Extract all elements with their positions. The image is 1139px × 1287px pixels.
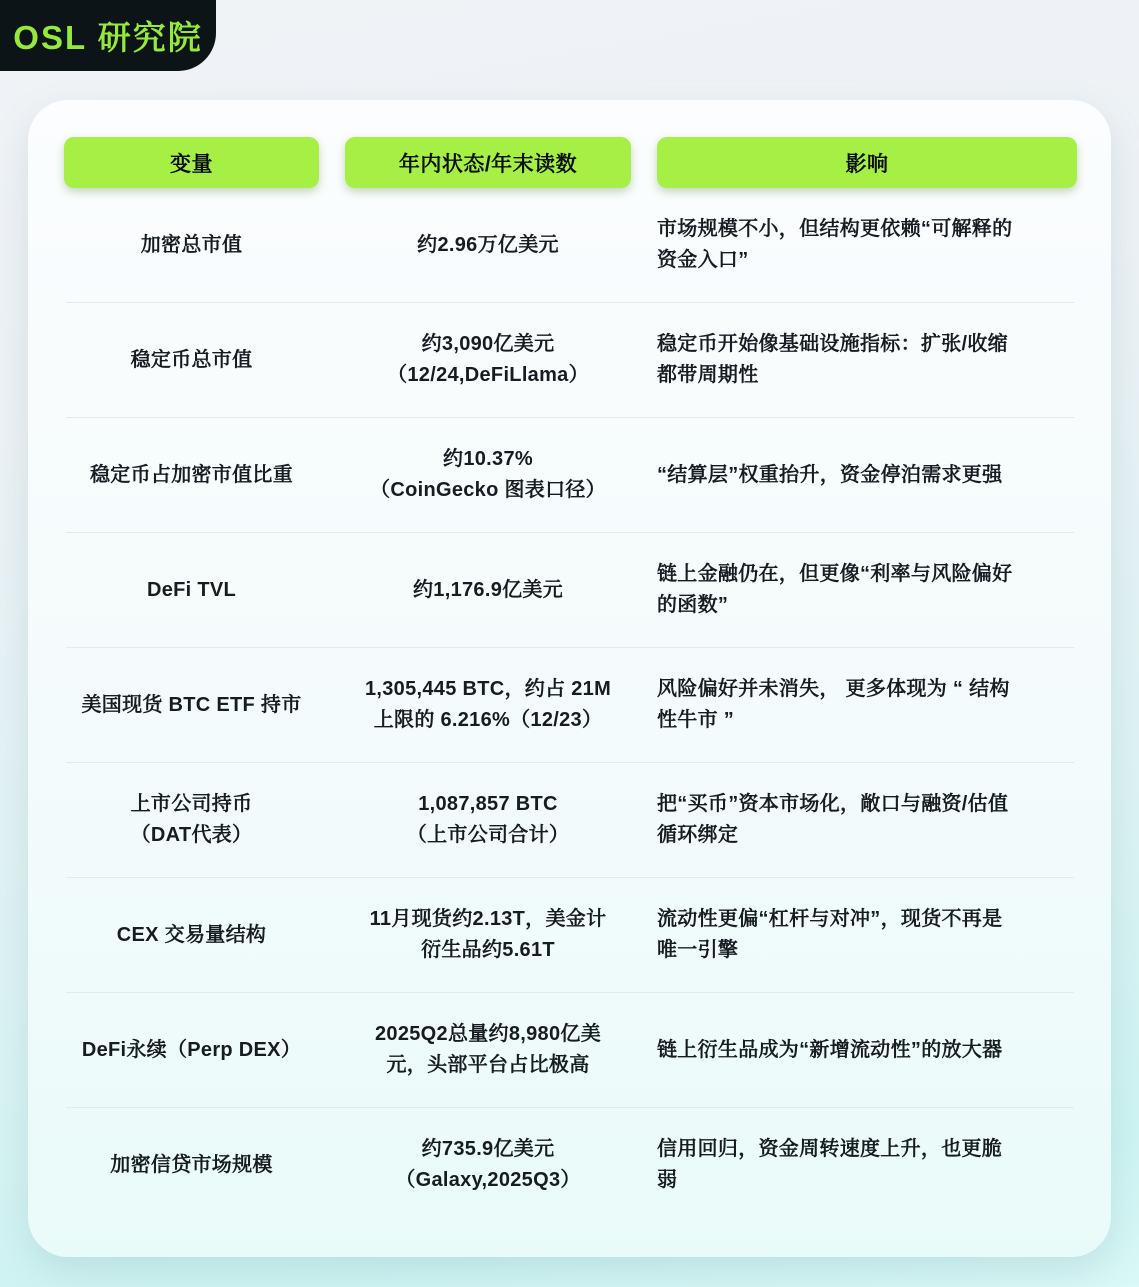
header-pill-variable: 变量	[64, 137, 319, 188]
status-cell: 约10.37% （CoinGecko 图表口径）	[345, 444, 631, 506]
table-row: 上市公司持币 （DAT代表） 1,087,857 BTC （上市公司合计） 把“…	[64, 763, 1076, 877]
impact-cell: 把“买币”资本市场化，敞口与融资/估值 循环绑定	[657, 789, 1077, 851]
variable-cell: DeFi永续（Perp DEX）	[64, 1035, 319, 1066]
variable-cell: 加密信贷市场规模	[64, 1150, 319, 1181]
variable-cell: 加密总市值	[64, 230, 319, 261]
status-cell: 2025Q2总量约8,980亿美 元，头部平台占比极高	[345, 1019, 631, 1081]
table-row: DeFi TVL 约1,176.9亿美元 链上金融仍在，但更像“利率与风险偏好 …	[64, 533, 1076, 647]
status-cell: 约2.96万亿美元	[345, 230, 631, 261]
variable-cell: CEX 交易量结构	[64, 920, 319, 951]
table-row: 稳定币占加密市值比重 约10.37% （CoinGecko 图表口径） “结算层…	[64, 418, 1076, 532]
impact-cell: “结算层”权重抬升，资金停泊需求更强	[657, 460, 1077, 491]
impact-cell: 流动性更偏“杠杆与对冲”，现货不再是 唯一引擎	[657, 904, 1077, 966]
logo-badge: OSL 研究院	[0, 0, 216, 71]
header-pill-status: 年内状态/年末读数	[345, 137, 631, 188]
status-cell: 约735.9亿美元 （Galaxy,2025Q3）	[345, 1134, 631, 1196]
variable-cell: 美国现货 BTC ETF 持市	[64, 690, 319, 721]
table-row: 稳定币总市值 约3,090亿美元 （12/24,DeFiLlama） 稳定币开始…	[64, 303, 1076, 417]
table-row: 加密信贷市场规模 约735.9亿美元 （Galaxy,2025Q3） 信用回归，…	[64, 1108, 1076, 1222]
status-cell: 1,305,445 BTC，约占 21M 上限的 6.216%（12/23）	[345, 674, 631, 736]
impact-cell: 链上衍生品成为“新增流动性”的放大器	[657, 1035, 1077, 1066]
table-row: 加密总市值 约2.96万亿美元 市场规模不小，但结构更依赖“可解释的 资金入口”	[64, 188, 1076, 302]
table-row: DeFi永续（Perp DEX） 2025Q2总量约8,980亿美 元，头部平台…	[64, 993, 1076, 1107]
header-pill-impact: 影响	[657, 137, 1077, 188]
impact-cell: 链上金融仍在，但更像“利率与风险偏好 的函数”	[657, 559, 1077, 621]
status-cell: 约1,176.9亿美元	[345, 575, 631, 606]
logo-text: OSL 研究院	[13, 12, 202, 59]
impact-cell: 信用回归，资金周转速度上升，也更脆 弱	[657, 1134, 1077, 1196]
impact-cell: 风险偏好并未消失， 更多体现为 “ 结构 性牛市 ”	[657, 674, 1077, 736]
status-cell: 1,087,857 BTC （上市公司合计）	[345, 789, 631, 851]
variable-cell: 上市公司持币 （DAT代表）	[64, 789, 319, 851]
table-card: 变量 年内状态/年末读数 影响 加密总市值 约2.96万亿美元 市场规模不小，但…	[28, 100, 1111, 1257]
table-row: 美国现货 BTC ETF 持市 1,305,445 BTC，约占 21M 上限的…	[64, 648, 1076, 762]
variable-cell: 稳定币占加密市值比重	[64, 460, 319, 491]
impact-cell: 市场规模不小，但结构更依赖“可解释的 资金入口”	[657, 214, 1077, 276]
table-header: 变量 年内状态/年末读数 影响	[64, 137, 1076, 188]
status-cell: 约3,090亿美元 （12/24,DeFiLlama）	[345, 329, 631, 391]
status-cell: 11月现货约2.13T，美金计 衍生品约5.61T	[345, 904, 631, 966]
variable-cell: DeFi TVL	[64, 575, 319, 606]
impact-cell: 稳定币开始像基础设施指标：扩张/收缩 都带周期性	[657, 329, 1077, 391]
variable-cell: 稳定币总市值	[64, 345, 319, 376]
table-row: CEX 交易量结构 11月现货约2.13T，美金计 衍生品约5.61T 流动性更…	[64, 878, 1076, 992]
